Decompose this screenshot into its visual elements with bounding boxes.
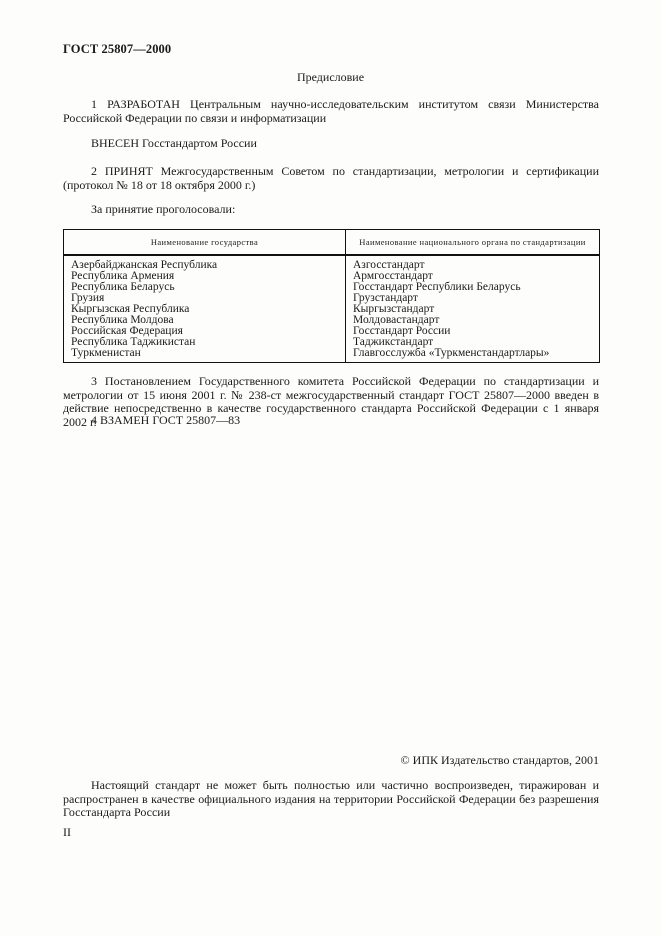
- table-cell-state: Туркменистан: [71, 348, 339, 359]
- voting-states-table: Наименование государства Наименование на…: [63, 229, 600, 363]
- paragraph-voted-for: За принятие проголосовали:: [63, 203, 599, 217]
- document-code: ГОСТ 25807—2000: [63, 42, 171, 57]
- paragraph-developed-by: 1 РАЗРАБОТАН Центральным научно-исследов…: [63, 98, 599, 125]
- legal-notice: Настоящий стандарт не может быть полност…: [63, 779, 599, 820]
- section-title: Предисловие: [0, 70, 661, 85]
- table-cell-state: Республика Беларусь: [71, 282, 339, 293]
- paragraph-adopted-by: 2 ПРИНЯТ Межгосударственным Советом по с…: [63, 165, 599, 192]
- page-number: II: [63, 825, 71, 840]
- table-header-row: Наименование государства Наименование на…: [64, 230, 600, 256]
- states-column: Азербайджанская Республика Республика Ар…: [64, 255, 346, 363]
- copyright-notice: © ИПК Издательство стандартов, 2001: [401, 753, 599, 768]
- standards-bodies-column: Азгосстандарт Армгосстандарт Госстандарт…: [346, 255, 600, 363]
- column-header-state: Наименование государства: [64, 230, 346, 256]
- table-cell-standards-body: Главгосслужба «Туркменстандартлары»: [353, 348, 593, 359]
- table-body-row: Азербайджанская Республика Республика Ар…: [64, 255, 600, 363]
- paragraph-introduced-by: ВНЕСЕН Госстандартом России: [63, 137, 599, 151]
- column-header-standards-body: Наименование национального органа по ста…: [346, 230, 600, 256]
- paragraph-replaces: 4 ВЗАМЕН ГОСТ 25807—83: [63, 414, 599, 428]
